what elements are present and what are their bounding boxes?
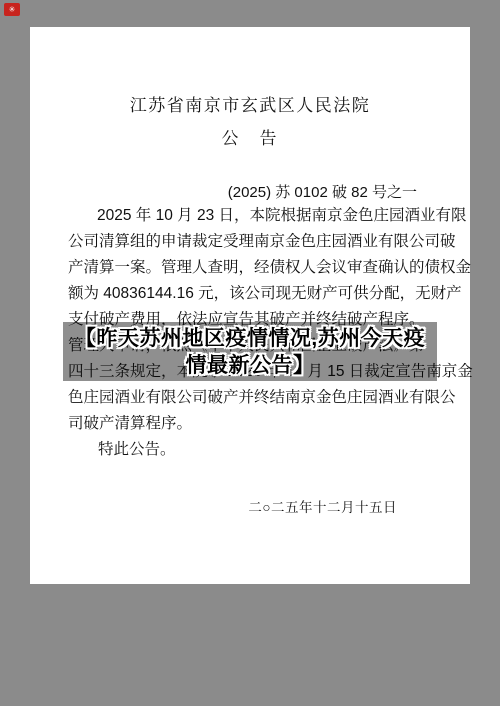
caption-overlay-banner: 【昨天苏州地区疫情情况,苏州今天疫 情最新公告】 bbox=[63, 322, 437, 381]
body-line: 公司清算组的申请裁定受理南京金色庄园酒业有限公司破 bbox=[68, 229, 442, 255]
document-type-heading: 公 告 bbox=[30, 124, 470, 149]
caption-line-2: 情最新公告】 bbox=[186, 352, 315, 379]
closing-statement: 特此公告。 bbox=[68, 437, 442, 463]
body-line: 司破产清算程序。 bbox=[68, 411, 442, 437]
corner-red-badge-icon: ✳ bbox=[4, 3, 20, 16]
body-line: 色庄园酒业有限公司破产并终结南京金色庄园酒业有限公 bbox=[68, 385, 442, 411]
body-line: 额为 40836144.16 元，该公司现无财产可供分配，无财产 bbox=[68, 281, 442, 307]
case-number: (2025) 苏 0102 破 82 号之一 bbox=[30, 181, 470, 202]
body-line: 产清算一案。管理人查明，经债权人会议审查确认的债权金 bbox=[68, 255, 442, 281]
announcement-page: 江苏省南京市玄武区人民法院 公 告 (2025) 苏 0102 破 82 号之一… bbox=[30, 27, 470, 584]
announcement-date: 二○二五年十二月十五日 bbox=[248, 496, 397, 516]
court-name-title: 江苏省南京市玄武区人民法院 bbox=[30, 91, 470, 116]
body-line: 2025 年 10 月 23 日，本院根据南京金色庄园酒业有限 bbox=[68, 203, 442, 229]
caption-line-1: 【昨天苏州地区疫情情况,苏州今天疫 bbox=[75, 325, 425, 352]
screenshot-stage: ✳ 江苏省南京市玄武区人民法院 公 告 (2025) 苏 0102 破 82 号… bbox=[0, 0, 500, 706]
